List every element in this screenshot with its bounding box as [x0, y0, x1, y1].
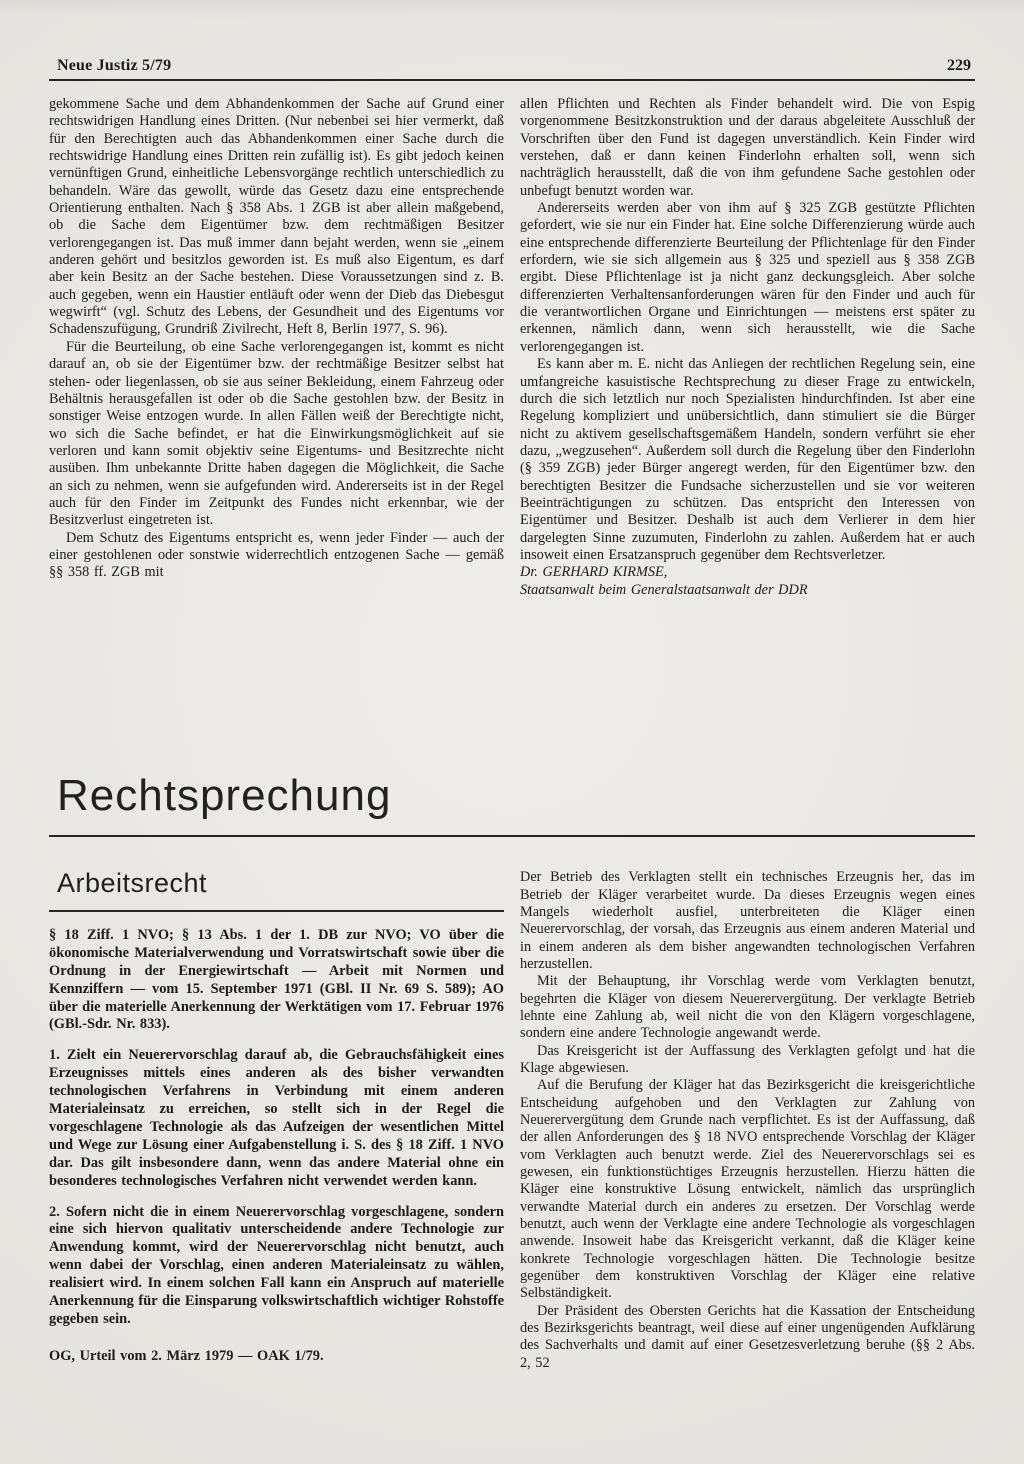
case-headnote: § 18 Ziff. 1 NVO; § 13 Abs. 1 der 1. DB … [49, 927, 504, 1034]
subsection-title: Arbeitsrecht [57, 869, 504, 899]
case-ruling-point: 2. Sofern nicht die in einem Neuerervors… [49, 1204, 504, 1329]
case-ruling-point: 1. Zielt ein Neuerervorschlag darauf ab,… [49, 1047, 504, 1190]
paragraph: gekommene Sache und dem Abhandenkommen d… [49, 96, 504, 339]
facts-paragraph: Der Betrieb des Verklagten stellt ein te… [520, 869, 975, 973]
facts-paragraph: Auf die Berufung der Kläger hat das Bezi… [520, 1077, 975, 1302]
author-role: Staatsanwalt beim Generalstaatsanwalt de… [520, 582, 975, 599]
scanned-journal-page: Neue Justiz 5/79 229 gekommene Sache und… [0, 0, 1024, 1464]
paragraph: Andererseits werden aber von ihm auf § 3… [520, 200, 975, 356]
section-title: Rechtsprechung [57, 773, 975, 819]
facts-paragraph: Das Kreisgericht ist der Auffassung des … [520, 1043, 975, 1078]
author-name: Dr. GERHARD KIRMSE, [520, 564, 975, 581]
paragraph: Dem Schutz des Eigentums entspricht es, … [49, 530, 504, 582]
case-citation: OG, Urteil vom 2. März 1979 — OAK 1/79. [49, 1348, 504, 1366]
facts-paragraph: Mit der Behauptung, ihr Vorschlag werde … [520, 973, 975, 1042]
case-left-column: Arbeitsrecht § 18 Ziff. 1 NVO; § 13 Abs.… [49, 855, 504, 1372]
facts-paragraph: Der Präsident des Obersten Gerichts hat … [520, 1303, 975, 1372]
case-report: Arbeitsrecht § 18 Ziff. 1 NVO; § 13 Abs.… [49, 855, 975, 1372]
finder-article-right-column: allen Pflichten und Rechten als Finder b… [520, 96, 975, 751]
section-rule [49, 835, 975, 837]
paragraph: Für die Beurteilung, ob eine Sache verlo… [49, 339, 504, 530]
paragraph: allen Pflichten und Rechten als Finder b… [520, 96, 975, 200]
page-number: 229 [947, 57, 971, 75]
case-right-column: Der Betrieb des Verklagten stellt ein te… [520, 855, 975, 1372]
finder-article: gekommene Sache und dem Abhandenkommen d… [49, 96, 975, 751]
spacer [49, 855, 504, 869]
paragraph: Es kann aber m. E. nicht das Anliegen de… [520, 356, 975, 564]
journal-title: Neue Justiz 5/79 [57, 57, 171, 75]
page-header: Neue Justiz 5/79 229 [49, 57, 975, 75]
finder-article-left-column: gekommene Sache und dem Abhandenkommen d… [49, 96, 504, 751]
spacer [520, 855, 975, 869]
header-rule [49, 79, 975, 81]
subsection-rule [49, 910, 504, 912]
